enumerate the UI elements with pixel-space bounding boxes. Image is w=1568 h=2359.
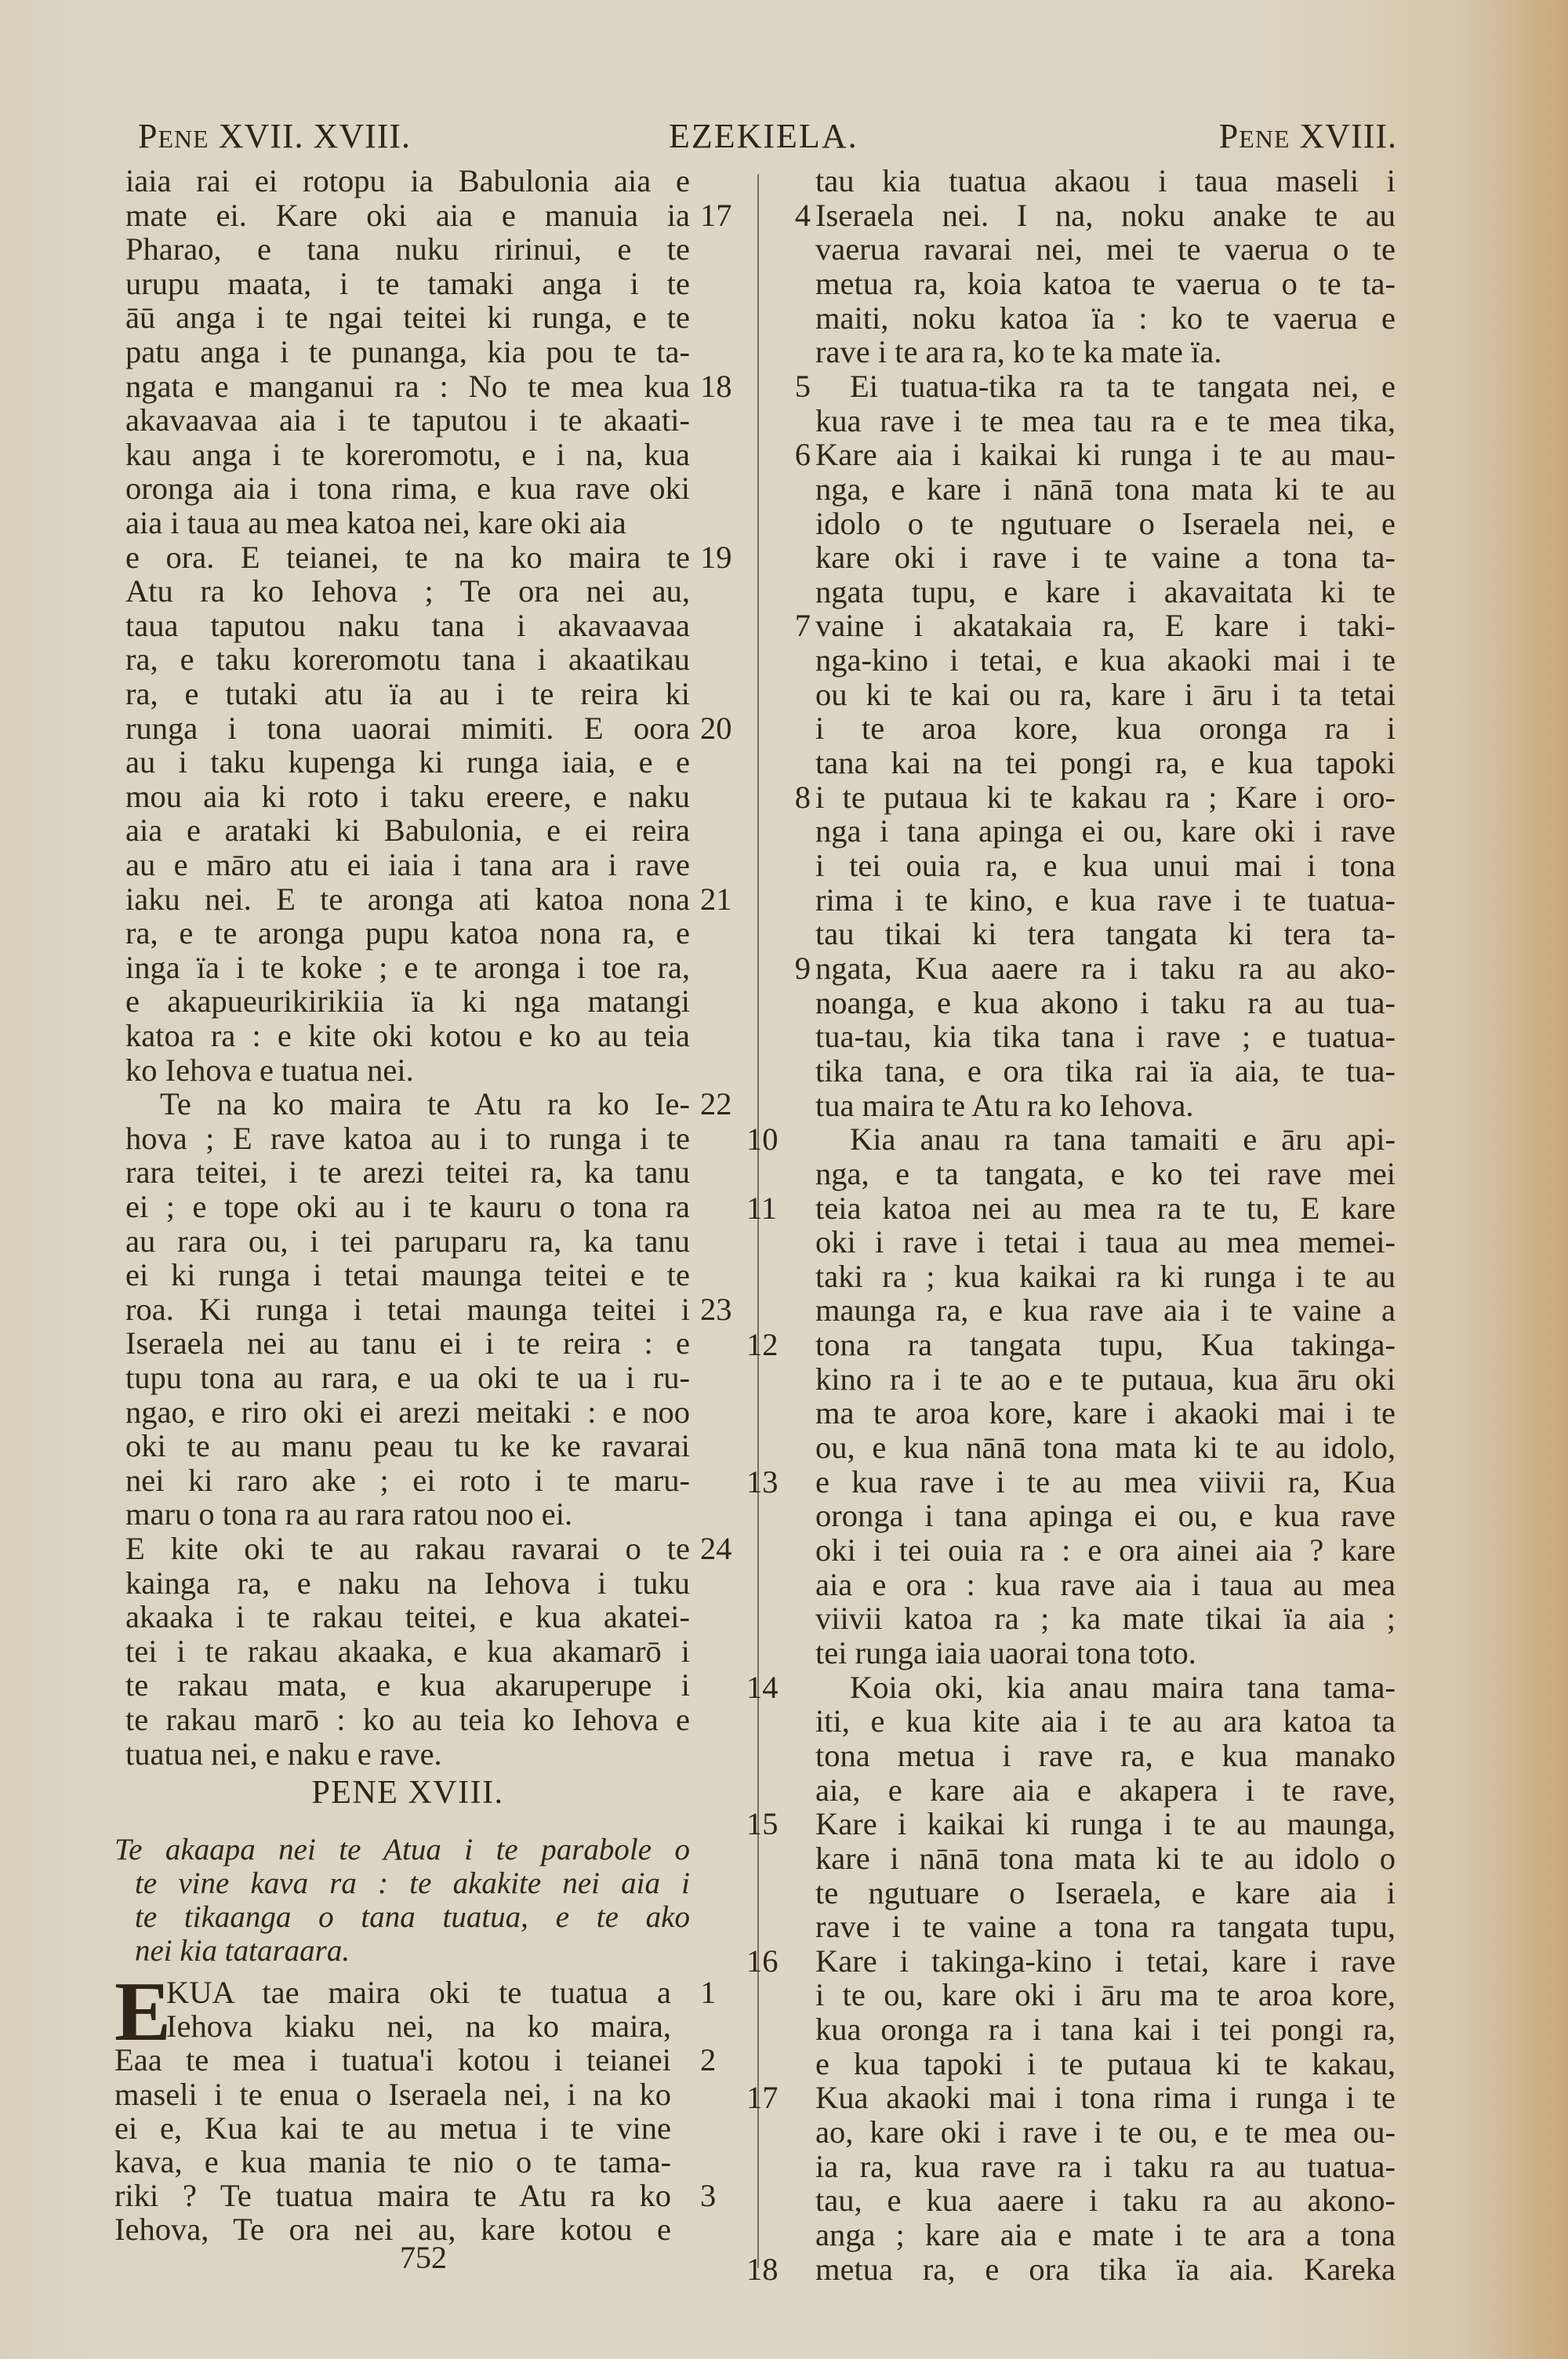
text-line: maunga ra, e kua rave aia i te vaine a <box>815 1294 1396 1327</box>
verse-number: 17 <box>746 2081 789 2114</box>
text-line: tau, e kua aaere i taku ra au akono- <box>815 2184 1396 2217</box>
text-line: runga i tona uaorai mimiti. E oora <box>125 712 690 745</box>
verse-number: 18 <box>700 370 747 403</box>
text-line: te ngutuare o Iseraela, e kare aia i <box>815 1877 1396 1910</box>
text-line: vaerua ravarai nei, mei te vaerua o te <box>815 233 1396 266</box>
text-line: iaku nei. E te aronga ati katoa nona <box>125 883 690 916</box>
text-line: taua taputou naku tana i akavaavaa <box>125 609 690 642</box>
verse-number: 2 <box>700 2044 747 2077</box>
text-line: patu anga i te punanga, kia pou te ta- <box>125 336 690 369</box>
text-line: tau kia tuatua akaou i taua maseli i <box>815 165 1396 198</box>
text-line: oronga i tana apinga ei ou, e kua rave <box>815 1499 1396 1532</box>
text-line: Te na ko maira te Atu ra ko Ie- <box>125 1088 690 1121</box>
text-line: vaine i akatakaia ra, E kare i taki- <box>815 609 1396 642</box>
text-line: au e māro atu ei iaia i tana ara i rave <box>125 849 690 881</box>
drop-cap: E <box>114 1975 171 2050</box>
verse-number: 17 <box>700 199 747 232</box>
bible-page: PENE XVII. XVIII. EZEKIELA. PENE XVIII. … <box>0 0 1568 2359</box>
text-line: tana kai na tei pongi ra, e kua tapoki <box>815 747 1396 780</box>
text-line: ra, e taku koreromotu tana i akaatikau <box>125 643 690 676</box>
text-line: oki i tei ouia ra : e ora ainei aia ? ka… <box>815 1534 1396 1567</box>
text-line: iti, e kua kite aia i te au ara katoa ta <box>815 1705 1396 1738</box>
text-line: maseli i te enua o Iseraela nei, i na ko <box>114 2078 671 2111</box>
text-line: aia e ora : kua rave aia i taua au mea <box>815 1568 1396 1601</box>
text-line: tau tikai ki tera tangata ki tera ta- <box>815 918 1396 951</box>
text-line: ei ki runga i tetai maunga teitei e te <box>125 1259 690 1292</box>
text-line: teia katoa nei au mea ra te tu, E kare <box>815 1192 1396 1225</box>
text-line: tei i te rakau akaaka, e kua akamarō i <box>125 1635 690 1668</box>
text-line: urupu maata, i te tamaki anga i te <box>125 267 690 300</box>
text-line: inga ïa i te koke ; e te aronga i toe ra… <box>125 951 690 984</box>
chapter-heading: PENE XVIII. <box>125 1774 690 1812</box>
text-line: ngata e manganui ra : No te mea kua <box>125 370 690 403</box>
verse-number: 11 <box>746 1192 789 1225</box>
running-head-right-initial: P <box>1219 117 1239 155</box>
text-line: tika tana, e ora tika rai ïa aia, te tua… <box>815 1055 1396 1088</box>
text-line: tua-tau, kia tika tana i rave ; e tuatua… <box>815 1020 1396 1053</box>
text-line: nga-kino i tetai, e kua akaoki mai i te <box>815 644 1396 677</box>
text-line: oki i rave i tetai i taua au mea memei- <box>815 1226 1396 1259</box>
text-line: katoa ra : e kite oki kotou e ko au teia <box>125 1020 690 1052</box>
text-line: Iehova kiaku nei, na ko maira, <box>166 2010 671 2043</box>
text-line: kare i nānā tona mata ki te au idolo o <box>815 1842 1396 1875</box>
text-line: tupu tona au rara, e ua oki te ua i ru- <box>125 1361 690 1394</box>
book-title: EZEKIELA. <box>669 116 858 156</box>
text-line: metua ra, e ora tika ïa aia. Kareka <box>815 2253 1396 2286</box>
verse-number: 18 <box>746 2253 789 2286</box>
page-number: 752 <box>274 2239 572 2276</box>
verse-number: 14 <box>746 1671 789 1704</box>
text-line: e ora. E teianei, te na ko maira te <box>125 541 690 574</box>
text-line: ra, e tutaki atu ïa au i te reira ki <box>125 678 690 711</box>
verse-number: 7 <box>768 609 811 642</box>
text-line: ngao, e riro oki ei arezi meitaki : e no… <box>125 1396 690 1429</box>
text-line: aia i taua au mea katoa nei, kare oki ai… <box>125 507 690 540</box>
text-line: rima i te kino, e kua rave i te tuatua- <box>815 884 1396 917</box>
text-line: ei e, Kua kai te au metua i te vine <box>114 2112 671 2145</box>
text-line: maru o tona ra au rara ratou noo ei. <box>125 1498 690 1531</box>
text-line: oronga aia i tona rima, e kua rave oki <box>125 472 690 505</box>
chapter-summary-line: te vine kava ra : te akakite nei aia i <box>135 1867 690 1900</box>
text-line: te rakau marō : ko au teia ko Iehova e <box>125 1703 690 1736</box>
text-line: e akapueurikirikiia ïa ki nga matangi <box>125 985 690 1018</box>
text-line: ei ; e tope oki au i te kauru o tona ra <box>125 1190 690 1223</box>
running-head-right: PENE XVIII. <box>1219 116 1397 156</box>
verse-number: 19 <box>700 541 747 574</box>
verse-number: 6 <box>768 438 811 471</box>
text-line: ngata, Kua aaere ra i taku ra au ako- <box>815 952 1396 985</box>
text-line: kainga ra, e naku na Iehova i tuku <box>125 1567 690 1600</box>
text-line: te rakau mata, e kua akaruperupe i <box>125 1669 690 1702</box>
verse-number: 4 <box>768 199 811 232</box>
text-line: ou, e kua nānā tona mata ki te au idolo, <box>815 1431 1396 1464</box>
text-line: viivii katoa ra ; ka mate tikai ïa aia ; <box>815 1602 1396 1635</box>
verse-number: 8 <box>768 781 811 814</box>
text-line: i te putaua ki te kakau ra ; Kare i oro- <box>815 781 1396 814</box>
verse-number: 15 <box>746 1808 789 1841</box>
text-line: hova ; E rave katoa au i to runga i te <box>125 1122 690 1155</box>
text-line: Koia oki, kia anau maira tana tama- <box>815 1671 1396 1704</box>
text-line: tona metua i rave ra, e kua manako <box>815 1739 1396 1772</box>
text-line: ra, e te aronga pupu katoa nona ra, e <box>125 917 690 950</box>
text-line: rara teitei, i te arezi teitei ra, ka ta… <box>125 1156 690 1189</box>
text-line: kava, e kua mania te nio o te tama- <box>114 2146 671 2179</box>
text-line: rave i te vaine a tona ra tangata tupu, <box>815 1910 1396 1943</box>
text-line: aia, e kare aia e akapera i te rave, <box>815 1774 1396 1807</box>
text-line: kua oronga ra i tana kai i tei pongi ra, <box>815 2013 1396 2046</box>
text-line: i tei ouia ra, e kua unui mai i tona <box>815 849 1396 882</box>
text-line: oki te au manu peau tu ke ke ravarai <box>125 1430 690 1463</box>
text-line: Pharao, e tana nuku ririnui, e te <box>125 233 690 266</box>
text-line: KUA tae maira oki te tuatua a <box>166 1976 671 2009</box>
text-line: noanga, e kua akono i taku ra au tua- <box>815 987 1396 1020</box>
text-line: nga, e kare i nānā tona mata ki te au <box>815 473 1396 506</box>
text-line: anga ; kare aia e mate i te ara a tona <box>815 2219 1396 2252</box>
running-head-right-chapters: XVIII. <box>1290 117 1397 155</box>
text-line: ko Iehova e tuatua nei. <box>125 1054 690 1087</box>
text-line: aia e arataki ki Babulonia, e ei reira <box>125 814 690 847</box>
text-line: iaia rai ei rotopu ia Babulonia aia e <box>125 165 690 198</box>
verse-number: 13 <box>746 1466 789 1499</box>
verse-number: 3 <box>700 2179 747 2212</box>
verse-number: 22 <box>700 1088 747 1121</box>
text-line: ou ki te kai ou ra, kare i āru i ta teta… <box>815 678 1396 711</box>
text-line: roa. Ki runga i tetai maunga teitei i <box>125 1293 690 1326</box>
text-line: nga i tana apinga ei ou, kare oki i rave <box>815 815 1396 848</box>
verse-number: 21 <box>700 883 747 916</box>
text-line: E kite oki te au rakau ravarai o te <box>125 1532 690 1565</box>
text-line: ngata tupu, e kare i akavaitata ki te <box>815 576 1396 609</box>
text-line: i te aroa kore, kua oronga ra i <box>815 712 1396 745</box>
verse-number: 24 <box>700 1532 747 1565</box>
text-line: nga, e ta tangata, e ko tei rave mei <box>815 1158 1396 1190</box>
chapter-summary-line: nei kia tataraara. <box>135 1935 690 1968</box>
text-line: au rara ou, i tei paruparu ra, ka tanu <box>125 1225 690 1258</box>
text-line: ia ra, kua rave ra i taku ra au tuatua- <box>815 2150 1396 2183</box>
text-line: Eaa te mea i tuatua'i kotou i teianei <box>114 2044 671 2077</box>
verse-number: 10 <box>746 1123 789 1156</box>
text-line: taki ra ; kua kaikai ra ki runga i te au <box>815 1260 1396 1293</box>
verse-number: 1 <box>700 1976 747 2009</box>
text-line: e kua tapoki i te putaua ki te kakau, <box>815 2048 1396 2081</box>
text-line: rave i te ara ra, ko te ka mate ïa. <box>815 336 1396 369</box>
chapter-summary-line: te tikaanga o tana tuatua, e te ako <box>135 1901 690 1934</box>
text-line: kare oki i rave i te vaine a tona ta- <box>815 541 1396 574</box>
text-line: nei ki raro ake ; ei roto i te maru- <box>125 1464 690 1497</box>
text-line: metua ra, koia katoa te vaerua o te ta- <box>815 267 1396 300</box>
text-line: Kare i takinga-kino i tetai, kare i rave <box>815 1945 1396 1978</box>
verse-number: 9 <box>768 952 811 985</box>
text-line: tona ra tangata tupu, Kua takinga- <box>815 1329 1396 1361</box>
text-line: tei runga iaia uaorai tona toto. <box>815 1637 1396 1670</box>
text-line: riki ? Te tuatua maira te Atu ra ko <box>114 2179 671 2212</box>
running-head-left-smallcaps: ENE <box>158 125 209 153</box>
text-line: Kare i kaikai ki runga i te au maunga, <box>815 1808 1396 1841</box>
running-head-right-smallcaps: ENE <box>1239 125 1290 153</box>
text-line: idolo o te ngutuare o Iseraela nei, e <box>815 507 1396 540</box>
text-line: Iseraela nei au tanu ei i te reira : e <box>125 1327 690 1360</box>
text-line: tuatua nei, e naku e rave. <box>125 1738 690 1771</box>
text-line: ao, kare oki i rave i te ou, e te mea ou… <box>815 2116 1396 2149</box>
text-line: āū anga i te ngai teitei ki runga, e te <box>125 301 690 334</box>
chapter-summary-line: Te akaapa nei te Atua i te parabole o <box>114 1834 690 1866</box>
text-line: akaaka i te rakau teitei, e kua akatei- <box>125 1601 690 1634</box>
text-line: Atu ra ko Iehova ; Te ora nei au, <box>125 575 690 608</box>
verse-number: 5 <box>768 370 811 403</box>
text-line: Kia anau ra tana tamaiti e āru api- <box>815 1123 1396 1156</box>
text-line: kua rave i te mea tau ra e te mea tika, <box>815 405 1396 438</box>
text-line: e kua rave i te au mea viivii ra, Kua <box>815 1466 1396 1499</box>
text-line: Kua akaoki mai i tona rima i runga i te <box>815 2081 1396 2114</box>
running-head-left: PENE XVII. XVIII. <box>138 116 411 156</box>
text-line: akavaavaa aia i te taputou i te akaati- <box>125 404 690 437</box>
text-line: Ei tuatua-tika ra ta te tangata nei, e <box>815 370 1396 403</box>
verse-number: 23 <box>700 1293 747 1326</box>
verse-number: 20 <box>700 712 747 745</box>
running-head-left-chapters: XVII. XVIII. <box>209 117 411 155</box>
text-line: kino ra i te ao e te putaua, kua āru oki <box>815 1363 1396 1396</box>
running-head-left-initial: P <box>138 117 158 155</box>
verse-number: 16 <box>746 1945 789 1978</box>
text-line: mou aia ki roto i taku ereere, e naku <box>125 780 690 813</box>
text-line: Iseraela nei. I na, noku anake te au <box>815 199 1396 232</box>
text-line: tua maira te Atu ra ko Iehova. <box>815 1089 1396 1122</box>
text-line: maiti, noku katoa ïa : ko te vaerua e <box>815 302 1396 335</box>
text-line: Kare aia i kaikai ki runga i te au mau- <box>815 438 1396 471</box>
verse-number: 12 <box>746 1329 789 1361</box>
text-line: kau anga i te koreromotu, e i na, kua <box>125 438 690 471</box>
text-line: i te ou, kare oki i āru ma te aroa kore, <box>815 1979 1396 2012</box>
text-line: mate ei. Kare oki aia e manuia ia <box>125 199 690 232</box>
text-line: ma te aroa kore, kare i akaoki mai i te <box>815 1397 1396 1430</box>
text-line: au i taku kupenga ki runga iaia, e e <box>125 746 690 779</box>
